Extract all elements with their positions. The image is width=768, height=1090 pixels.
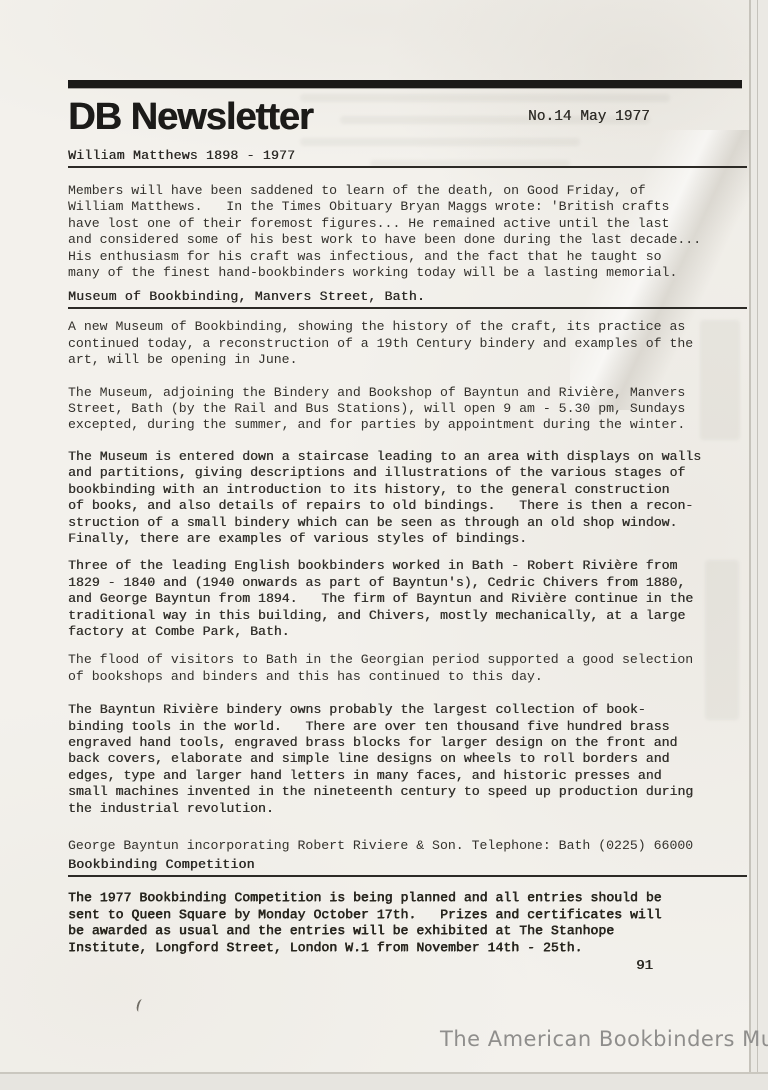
page-edge-bottom [0, 1072, 768, 1090]
newsletter-content: DB Newsletter William Matthews 1898 - 19… [68, 0, 748, 956]
paragraph-obituary: Members will have been saddened to learn… [68, 183, 728, 281]
paragraph-museum-hours: The Museum, adjoining the Bindery and Bo… [68, 385, 728, 434]
section-heading-competition: Bookbinding Competition [68, 857, 747, 877]
paragraph-museum-layout: The Museum is entered down a staircase l… [68, 449, 728, 547]
paragraph-contact-line: George Bayntun incorporating Robert Rivi… [68, 838, 728, 854]
paragraph-georgian-visitors: The flood of visitors to Bath in the Geo… [68, 652, 728, 685]
scanned-newsletter-page: { "page": { "title": "DB Newsletter", "i… [0, 0, 768, 1090]
issue-number: No.14 May 1977 [528, 109, 650, 125]
page-edge-right [749, 0, 768, 1072]
archive-watermark: The American Bookbinders Museum [440, 1027, 768, 1051]
paragraph-museum-opening: A new Museum of Bookbinding, showing the… [68, 319, 728, 368]
paragraph-tool-collection: The Bayntun Rivière bindery owns probabl… [68, 702, 728, 817]
section-heading-museum: Museum of Bookbinding, Manvers Street, B… [68, 289, 747, 309]
paragraph-competition: The 1977 Bookbinding Competition is bein… [68, 890, 728, 956]
page-number: 91 [636, 958, 653, 974]
paragraph-bath-binders: Three of the leading English bookbinders… [68, 558, 728, 640]
section-heading-william-matthews: William Matthews 1898 - 1977 [68, 148, 747, 168]
masthead-rule [68, 80, 742, 88]
